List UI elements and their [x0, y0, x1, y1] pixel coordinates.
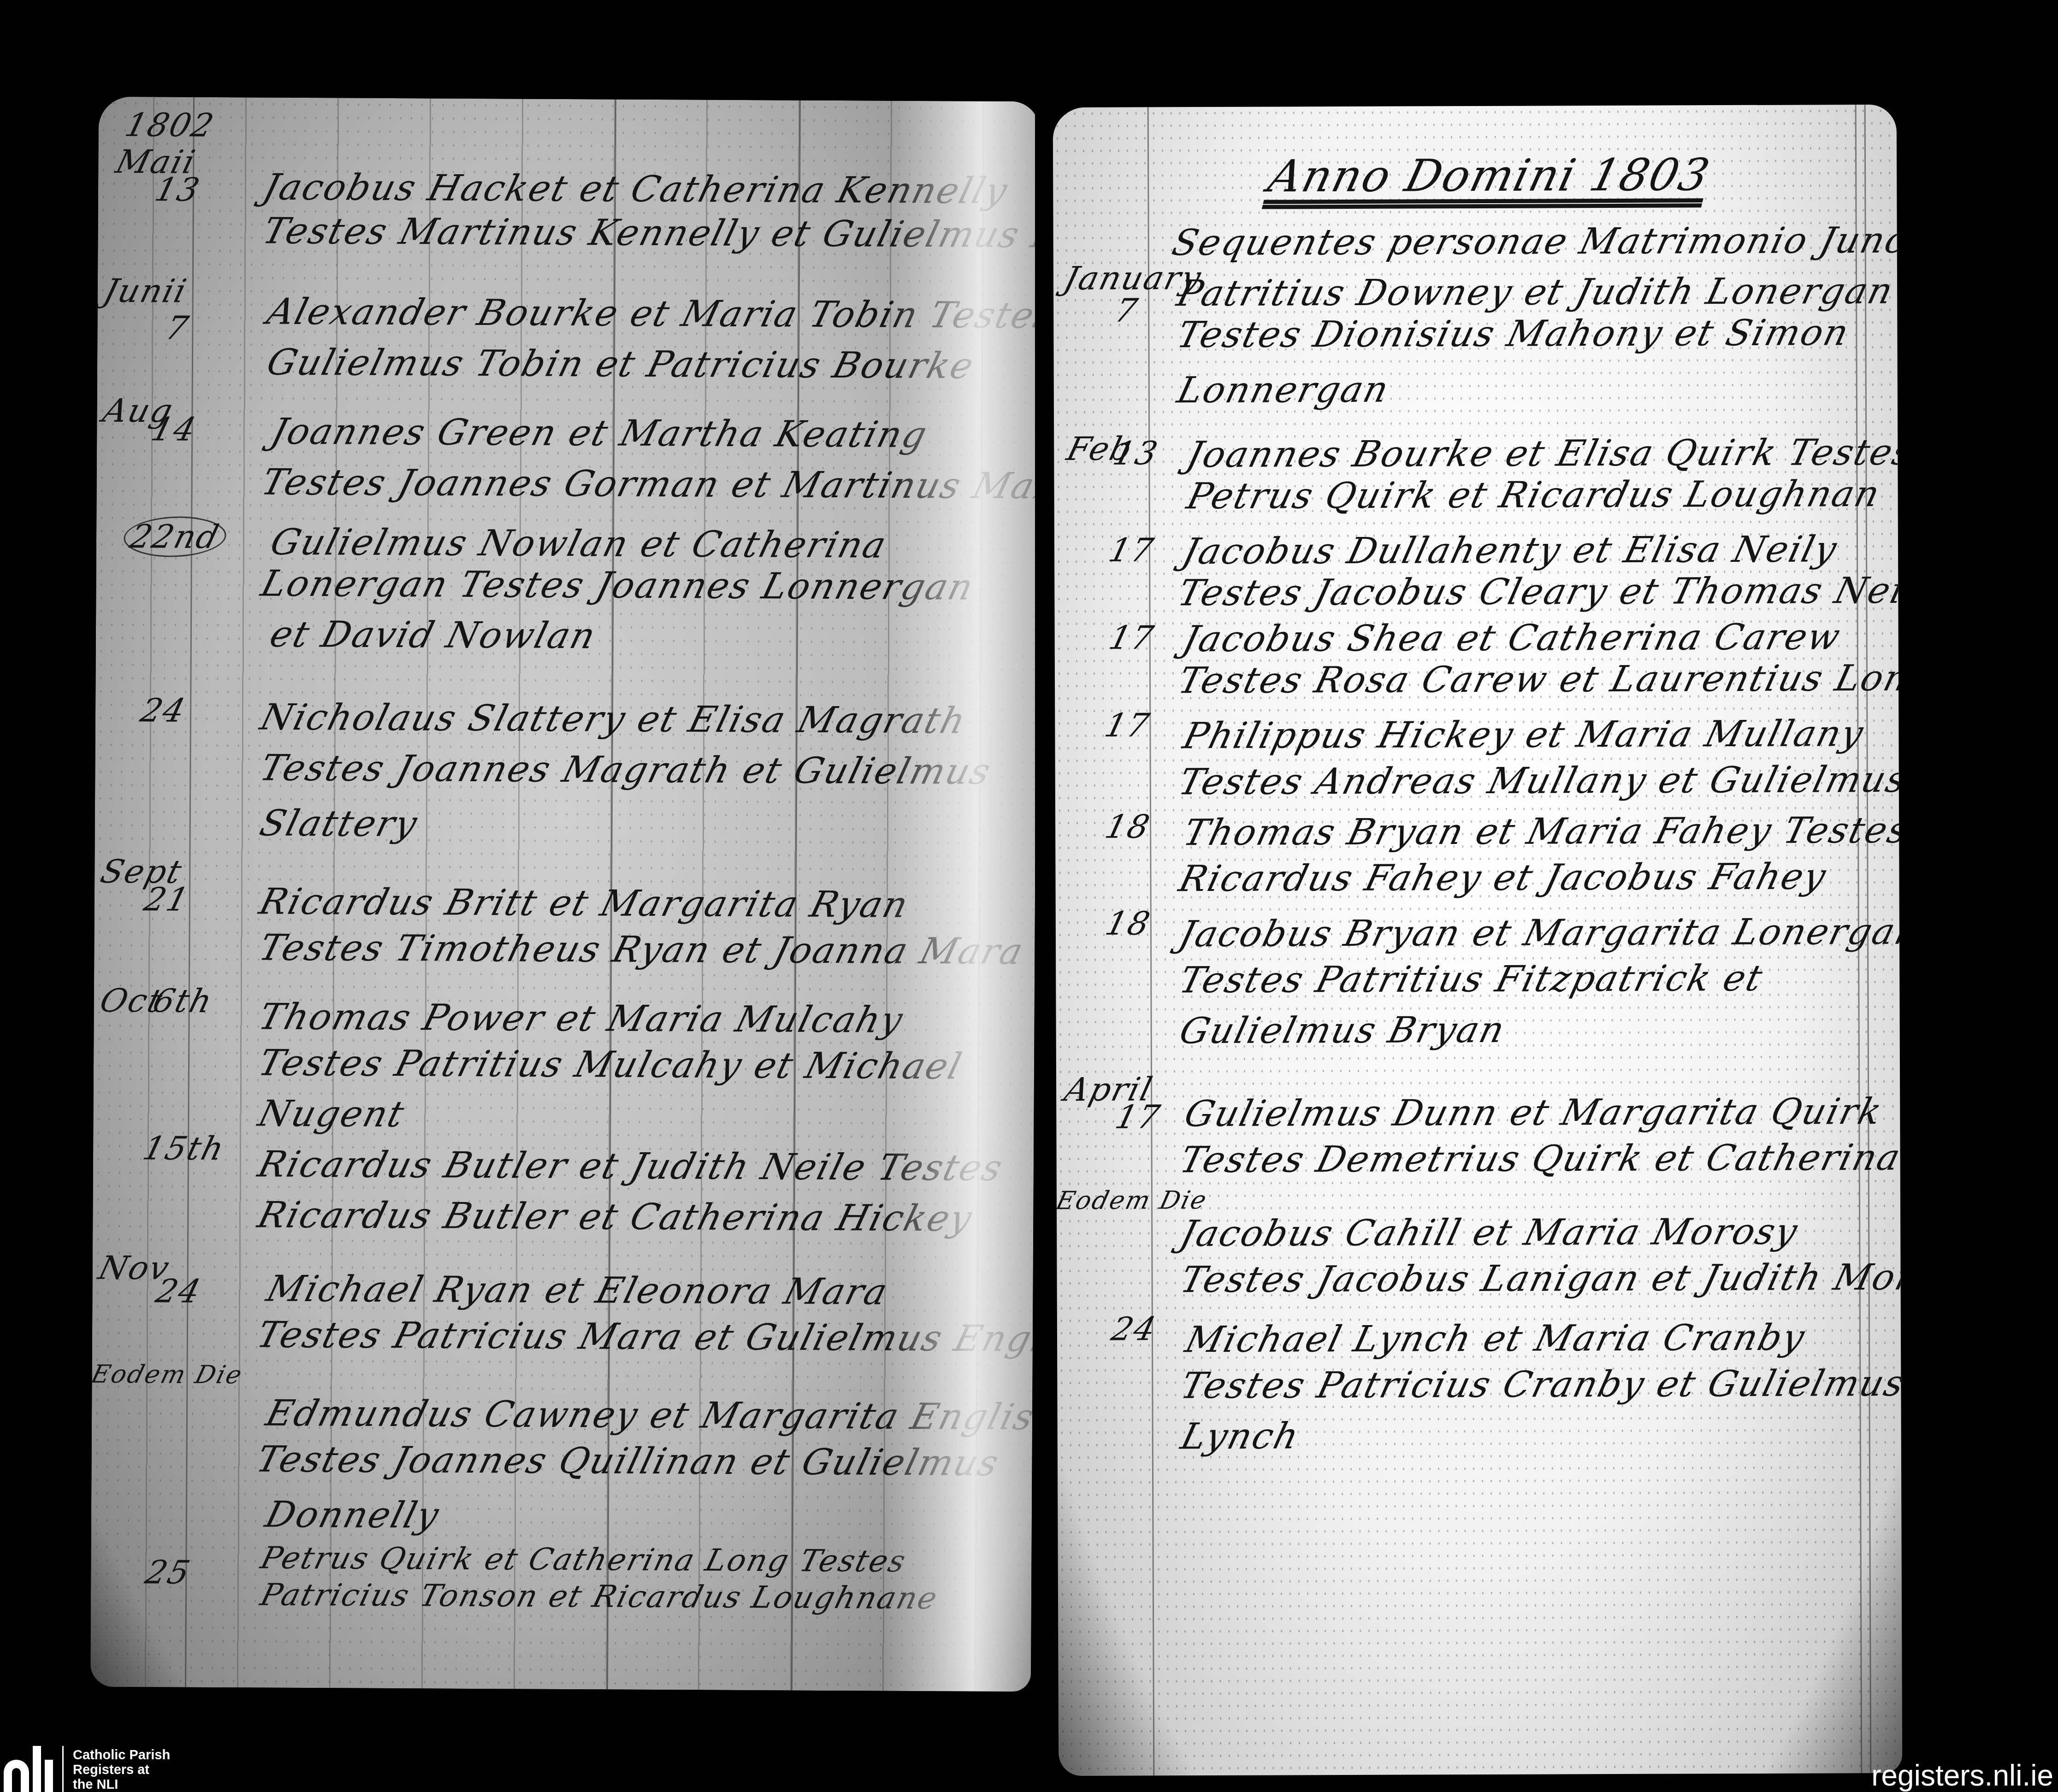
entry-line: Petrus Quirk et Catherina Long Testes: [257, 1540, 911, 1579]
entry-day: 15th: [139, 1129, 229, 1167]
entry-day: 22nd: [119, 516, 231, 557]
entry-day: 17: [1105, 531, 1158, 569]
entry-line: Michael Ryan et Eleonora Mara: [262, 1268, 893, 1313]
entry-line: Testes Dionisius Mahony et Simon: [1173, 312, 1854, 356]
entry-day: 13: [1109, 434, 1162, 472]
entry-line: Michael Lynch et Maria Cranby: [1181, 1317, 1810, 1361]
entry-line: Testes Rosa Carew et Laurentius Lonergan: [1174, 657, 1902, 701]
entry-line: Patritius Downey et Judith Lonergan: [1173, 271, 1898, 314]
entry-day: 24: [1108, 1310, 1161, 1348]
entry-line: Jacobus Cahill et Maria Morosy: [1176, 1211, 1803, 1255]
entry-line: Ricardus Butler et Judith Neile Testes: [254, 1144, 1007, 1189]
entry-line: Lonnergan: [1173, 369, 1394, 412]
entry-day: 17: [1101, 706, 1154, 744]
entry-line: Nugent: [254, 1093, 409, 1136]
entry-month: Junii: [100, 272, 191, 310]
entry-line: Jacobus Shea et Catherina Carew: [1179, 616, 1845, 660]
entry-line: Testes Demetrius Quirk et Catherina Aher…: [1176, 1137, 1903, 1181]
entry-day: 17: [1112, 1098, 1165, 1136]
entry-line: Testes Patritius Mulcahy et Michael: [254, 1043, 967, 1088]
entry-line: Ricardus Butler et Catherina Hickey: [254, 1195, 977, 1240]
page-heading: Anno Domini 1803: [1263, 149, 1715, 202]
entry-line: Thomas Bryan et Maria Fahey Testes: [1179, 810, 1902, 854]
intro-line: Sequentes personae Matrimonio Juncti Sun…: [1168, 219, 1903, 264]
logo-text-line: the NLI: [73, 1777, 170, 1792]
nli-logo: Catholic Parish Registers at the NLI: [4, 1741, 170, 1792]
entry-month: Eodem Die: [90, 1360, 246, 1390]
entry-line: Gulielmus Dunn et Margarita Quirk: [1180, 1091, 1887, 1135]
entry-line: Gulielmus Nowlan et Catherina: [266, 522, 892, 566]
entry-line: Alexander Bourke et Maria Tobin Testes: [263, 291, 1039, 337]
entry-day: 18: [1101, 808, 1154, 845]
logo-text: Catholic Parish Registers at the NLI: [73, 1748, 170, 1792]
entry-line: Patricius Tonson et Ricardus Loughnane: [257, 1577, 942, 1616]
entry-line: Testes Patricius Cranby et Gulielmus: [1177, 1363, 1902, 1407]
entry-line: Petrus Quirk et Ricardus Loughnan: [1183, 473, 1885, 517]
entry-line: Gulielmus Bryan: [1176, 1009, 1510, 1052]
book-gutter: [1035, 97, 1056, 1710]
entry-line: Testes Jacobus Cleary et Thomas Neily: [1174, 570, 1902, 614]
entry-line: Ricardus Britt et Margarita Ryan: [255, 881, 913, 926]
entry-line: Slattery: [255, 803, 422, 845]
entry-line: Testes Andreas Mullany et Gulielmus Hick…: [1175, 759, 1903, 803]
entry-line: Joannes Green et Martha Keating: [267, 411, 932, 456]
left-register-page: 1802 Maii 13 Jacobus Hacket et Catherina…: [90, 97, 1039, 1692]
nli-logo-mark-icon: [4, 1746, 53, 1792]
entry-line: Testes Patritius Fitzpatrick et: [1175, 958, 1768, 1001]
entry-line: Nicholaus Slattery et Elisa Magrath: [256, 697, 971, 742]
entry-day: 18: [1102, 904, 1155, 942]
entry-line: Testes Jacobus Lanigan et Judith Morosy: [1177, 1256, 1903, 1301]
entry-line: Jacobus Hacket et Catherina Kennelly: [259, 167, 1013, 212]
entry-line: Joannes Bourke et Elisa Quirk Testes: [1183, 432, 1902, 476]
logo-text-line: Catholic Parish: [73, 1748, 170, 1763]
entry-line: Jacobus Bryan et Margarita Lonergan: [1175, 911, 1902, 955]
right-register-page: Anno Domini 1803 Sequentes personae Matr…: [1053, 105, 1903, 1776]
entry-line: Donnelly: [261, 1494, 444, 1537]
entry-line: Testes Joannes Magrath et Gulielmus: [256, 748, 996, 793]
entry-line: et David Nowlan: [266, 614, 601, 657]
entry-line: Gulielmus Tobin et Patricius Bourke: [263, 342, 979, 387]
entry-line: Ricardus Fahey et Jacobus Fahey: [1175, 856, 1831, 900]
logo-divider: [62, 1746, 64, 1792]
entry-month: Eodem Die: [1053, 1185, 1211, 1215]
logo-text-line: Registers at: [73, 1763, 170, 1777]
entry-line: Thomas Power et Maria Mulcahy: [254, 996, 908, 1041]
entry-line: Edmundus Cawney et Margarita English: [262, 1393, 1039, 1438]
entry-line: Lonergan Testes Joannes Lonnergan: [257, 563, 979, 608]
entry-line: Lynch: [1177, 1415, 1304, 1457]
entry-line: Philippus Hickey et Maria Mullany: [1179, 713, 1869, 757]
entry-line: Testes Patricius Mara et Gulielmus Engli…: [253, 1315, 1039, 1360]
year-note: 1802: [121, 106, 219, 144]
entry-line: Testes Martinus Kennelly et Gulielmus Ha…: [259, 211, 1039, 257]
site-url: registers.nli.ie: [1871, 1758, 2053, 1792]
entry-line: Testes Joannes Gorman et Martinus Maxy: [257, 462, 1039, 507]
entry-day: 6th: [149, 982, 217, 1020]
entry-line: Testes Timotheus Ryan et Joanna Mara: [255, 927, 1029, 973]
entry-line: Jacobus Dullahenty et Elisa Neily: [1178, 529, 1842, 572]
entry-day: 17: [1106, 619, 1159, 656]
entry-line: Testes Joannes Quillinan et Gulielmus: [252, 1439, 1004, 1484]
